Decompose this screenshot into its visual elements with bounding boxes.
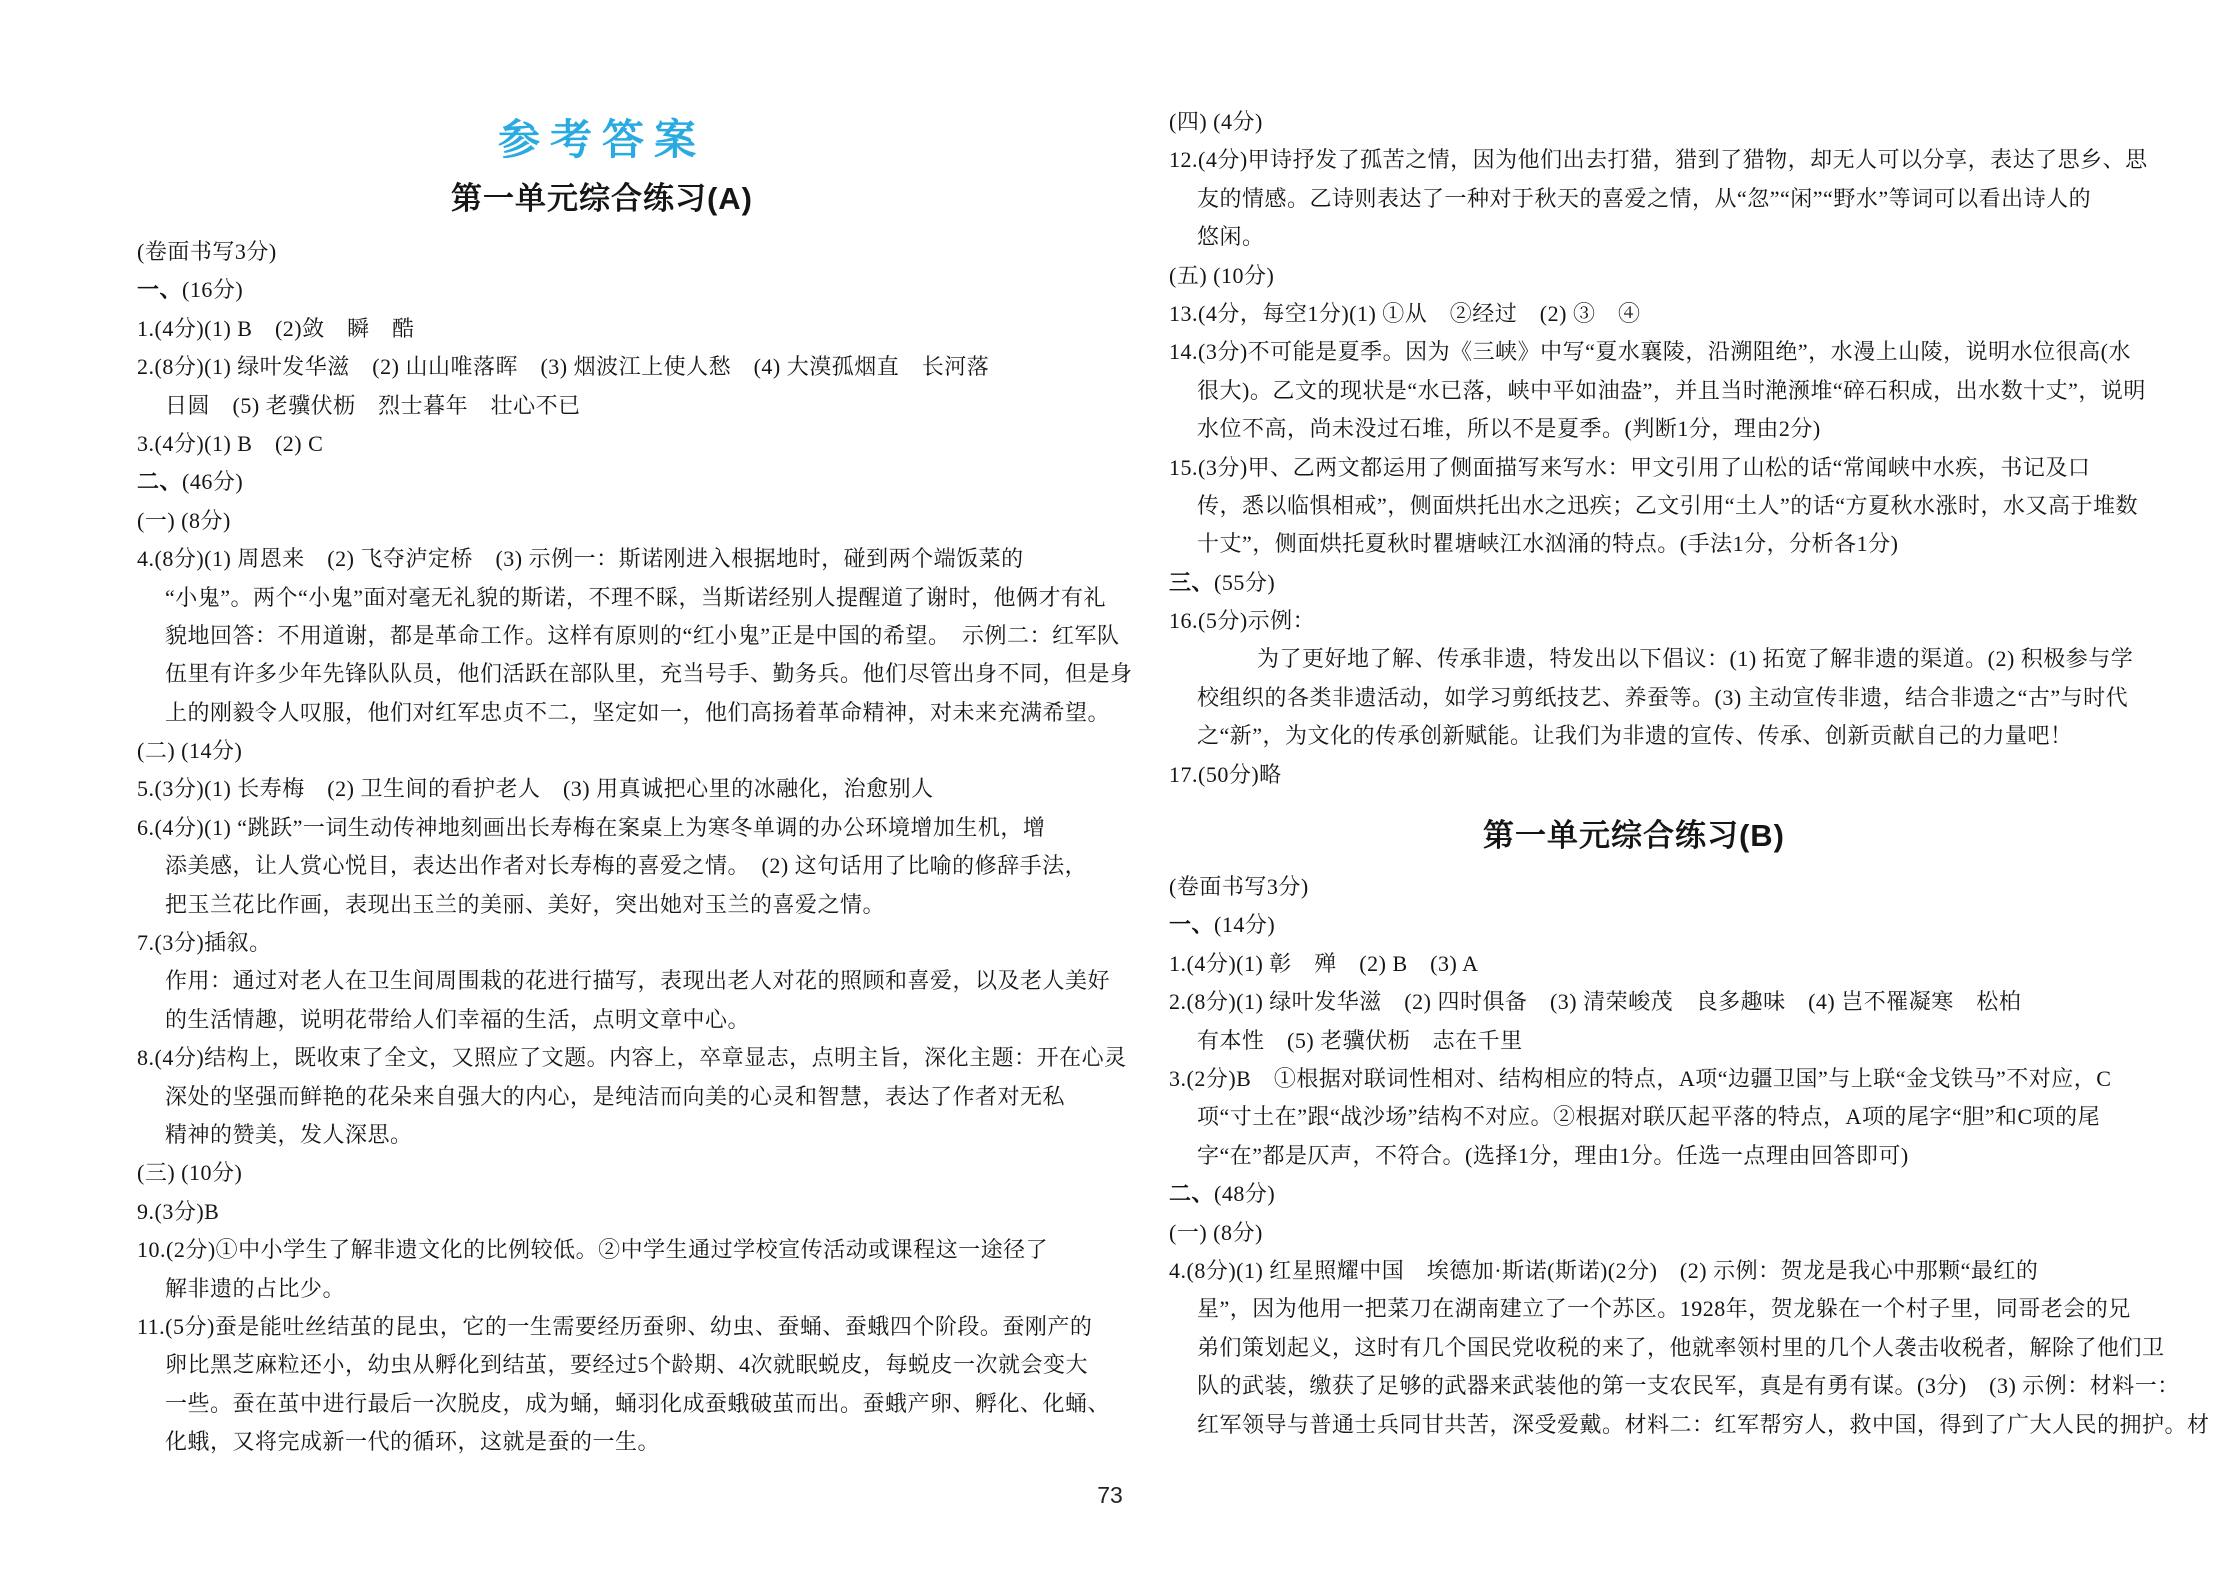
text-line: (一) (8分)	[137, 502, 1067, 540]
text-line: (四) (4分)	[1169, 103, 2099, 141]
text-line: 上的刚毅令人叹服，他们对红军忠贞不二，坚定如一，他们高扬着革命精神，对未来充满希…	[137, 694, 1067, 732]
text-line: 卵比黑芝麻粒还小，幼虫从孵化到结茧，要经过5个龄期、4次就眠蜕皮，每蜕皮一次就会…	[137, 1346, 1067, 1384]
text-line: 校组织的各类非遗活动，如学习剪纸技艺、养蚕等。(3) 主动宣传非遗，结合非遗之“…	[1169, 679, 2099, 717]
text-line: 为了更好地了解、传承非遗，特发出以下倡议：(1) 拓宽了解非遗的渠道。(2) 积…	[1169, 640, 2099, 678]
text-line: 11.(5分)蚕是能吐丝结茧的昆虫，它的一生需要经历蚕卵、幼虫、蚕蛹、蚕蛾四个阶…	[137, 1308, 1067, 1346]
text-line: (三) (10分)	[137, 1154, 1067, 1192]
text-line: 悠闲。	[1169, 218, 2099, 256]
text-line: 2.(8分)(1) 绿叶发华滋 (2) 山山唯落晖 (3) 烟波江上使人愁 (4…	[137, 348, 1067, 386]
text-line: 3.(2分)B ①根据对联词性相对、结构相应的特点，A项“边疆卫国”与上联“金戈…	[1169, 1060, 2099, 1098]
text-line: 1.(4分)(1) 彰 殚 (2) B (3) A	[1169, 945, 2099, 983]
left-column-lines: (卷面书写3分)一、(16分)1.(4分)(1) B (2)敛 瞬 酷2.(8分…	[137, 233, 1067, 1462]
text-line: (一) (8分)	[1169, 1214, 2099, 1252]
text-line: “小鬼”。两个“小鬼”面对毫无礼貌的斯诺，不理不睬，当斯诺经别人提醒道了谢时，他…	[137, 579, 1067, 617]
text-line: 传，悉以临惧相戒”，侧面烘托出水之迅疾；乙文引用“土人”的话“方夏秋水涨时，水又…	[1169, 487, 2099, 525]
text-line: 项“寸土在”跟“战沙场”结构不对应。②根据对联仄起平落的特点，A项的尾字“胆”和…	[1169, 1098, 2099, 1136]
text-line: 15.(3分)甲、乙两文都运用了侧面描写来写水：甲文引用了山松的话“常闻峡中水疾…	[1169, 449, 2099, 487]
text-line: 16.(5分)示例：	[1169, 602, 2099, 640]
text-line: 友的情感。乙诗则表达了一种对于秋天的喜爱之情，从“忽”“闲”“野水”等词可以看出…	[1169, 180, 2099, 218]
section-heading: 二、(46分)	[137, 463, 1067, 501]
text-line: 星”，因为他用一把菜刀在湖南建立了一个苏区。1928年，贺龙躲在一个村子里，同哥…	[1169, 1290, 2099, 1328]
text-line: 7.(3分)插叙。	[137, 924, 1067, 962]
text-line: (五) (10分)	[1169, 257, 2099, 295]
text-line: 的生活情趣，说明花带给人们幸福的生活，点明文章中心。	[137, 1001, 1067, 1039]
page-title: 参考答案	[137, 113, 1067, 169]
text-line: 精神的赞美，发人深思。	[137, 1116, 1067, 1154]
right-column: (四) (4分)12.(4分)甲诗抒发了孤苦之情，因为他们出去打猎，猎到了猎物，…	[1169, 0, 2099, 1444]
text-line: 很大)。乙文的现状是“水已落，峡中平如油盎”，并且当时滟滪堆“碎石积成，出水数十…	[1169, 372, 2099, 410]
text-line: 9.(3分)B	[137, 1193, 1067, 1231]
right-column-lines: (四) (4分)12.(4分)甲诗抒发了孤苦之情，因为他们出去打猎，猎到了猎物，…	[1169, 0, 2099, 1444]
text-line: 伍里有许多少年先锋队队员，他们活跃在部队里，充当号手、勤务兵。他们尽管出身不同，…	[137, 655, 1067, 693]
text-line: 有本性 (5) 老骥伏枥 志在千里	[1169, 1022, 2099, 1060]
text-line: 队的武装，缴获了足够的武器来武装他的第一支农民军，真是有勇有谋。(3分) (3)…	[1169, 1367, 2099, 1405]
text-line: 8.(4分)结构上，既收束了全文，又照应了文题。内容上，卒章显志，点明主旨，深化…	[137, 1039, 1067, 1077]
text-line: 4.(8分)(1) 周恩来 (2) 飞夺泸定桥 (3) 示例一：斯诺刚进入根据地…	[137, 540, 1067, 578]
text-line: 一些。蚕在茧中进行最后一次脱皮，成为蛹，蛹羽化成蚕蛾破茧而出。蚕蛾产卵、孵化、化…	[137, 1385, 1067, 1423]
text-line: 12.(4分)甲诗抒发了孤苦之情，因为他们出去打猎，猎到了猎物，却无人可以分享，…	[1169, 141, 2099, 179]
text-line: 6.(4分)(1) “跳跃”一词生动传神地刻画出长寿梅在案桌上为寒冬单调的办公环…	[137, 809, 1067, 847]
text-line: 十丈”，侧面烘托夏秋时瞿塘峡江水汹涌的特点。(手法1分，分析各1分)	[1169, 525, 2099, 563]
text-line: 2.(8分)(1) 绿叶发华滋 (2) 四时俱备 (3) 清荣峻茂 良多趣味 (…	[1169, 983, 2099, 1021]
text-line: 日圆 (5) 老骥伏枥 烈士暮年 壮心不已	[137, 387, 1067, 425]
section-a-subtitle: 第一单元综合练习(A)	[137, 177, 1067, 221]
text-line: 红军领导与普通士兵同甘共苦，深受爱戴。材料二：红军帮穷人，救中国，得到了广大人民…	[1169, 1406, 2099, 1444]
text-line: 添美感，让人赏心悦目，表达出作者对长寿梅的喜爱之情。 (2) 这句话用了比喻的修…	[137, 847, 1067, 885]
text-line: 化蛾，又将完成新一代的循环，这就是蚕的一生。	[137, 1423, 1067, 1461]
heading-numeral: 二、	[1169, 1181, 1214, 1206]
text-line: 解非遗的占比少。	[137, 1270, 1067, 1308]
heading-numeral: 三、	[1169, 570, 1214, 595]
section-heading: 一、(14分)	[1169, 906, 2099, 944]
text-line: 13.(4分，每空1分)(1) ①从 ②经过 (2) ③ ④	[1169, 295, 2099, 333]
text-line: (卷面书写3分)	[137, 233, 1067, 271]
page-number: 73	[1050, 1482, 1170, 1509]
section-heading: 二、(48分)	[1169, 1175, 2099, 1213]
heading-numeral: 二、	[137, 469, 182, 494]
text-line: 貌地回答：不用道谢，都是革命工作。这样有原则的“红小鬼”正是中国的希望。 示例二…	[137, 617, 1067, 655]
section-b-subtitle: 第一单元综合练习(B)	[1169, 814, 2099, 858]
text-line: (卷面书写3分)	[1169, 868, 2099, 906]
section-heading: 三、(55分)	[1169, 564, 2099, 602]
heading-numeral: 一、	[137, 277, 182, 302]
left-column: 参考答案 第一单元综合练习(A) (卷面书写3分)一、(16分)1.(4分)(1…	[137, 0, 1067, 1462]
text-line: 作用：通过对老人在卫生间周围栽的花进行描写，表现出老人对花的照顾和喜爱，以及老人…	[137, 962, 1067, 1000]
text-line: 弟们策划起义，这时有几个国民党收税的来了，他就率领村里的几个人袭击收税者，解除了…	[1169, 1329, 2099, 1367]
section-heading: 一、(16分)	[137, 271, 1067, 309]
text-line: 17.(50分)略	[1169, 756, 2099, 794]
text-line: 5.(3分)(1) 长寿梅 (2) 卫生间的看护老人 (3) 用真诚把心里的冰融…	[137, 770, 1067, 808]
text-line: 把玉兰花比作画，表现出玉兰的美丽、美好，突出她对玉兰的喜爱之情。	[137, 886, 1067, 924]
text-line: (二) (14分)	[137, 732, 1067, 770]
text-line: 水位不高，尚未没过石堆，所以不是夏季。(判断1分，理由2分)	[1169, 410, 2099, 448]
heading-numeral: 一、	[1169, 912, 1214, 937]
text-line: 14.(3分)不可能是夏季。因为《三峡》中写“夏水襄陵，沿溯阻绝”，水漫上山陵，…	[1169, 333, 2099, 371]
text-line: 深处的坚强而鲜艳的花朵来自强大的内心，是纯洁而向美的心灵和智慧，表达了作者对无私	[137, 1078, 1067, 1116]
text-line: 4.(8分)(1) 红星照耀中国 埃德加·斯诺(斯诺)(2分) (2) 示例：贺…	[1169, 1252, 2099, 1290]
text-line: 之“新”，为文化的传承创新赋能。让我们为非遗的宣传、传承、创新贡献自己的力量吧！	[1169, 717, 2099, 755]
text-line: 1.(4分)(1) B (2)敛 瞬 酷	[137, 310, 1067, 348]
text-line: 3.(4分)(1) B (2) C	[137, 425, 1067, 463]
text-line: 字“在”都是仄声，不符合。(选择1分，理由1分。任选一点理由回答即可)	[1169, 1137, 2099, 1175]
answer-key-page: 参考答案 第一单元综合练习(A) (卷面书写3分)一、(16分)1.(4分)(1…	[0, 0, 2220, 1571]
text-line: 10.(2分)①中小学生了解非遗文化的比例较低。②中学生通过学校宣传活动或课程这…	[137, 1231, 1067, 1269]
